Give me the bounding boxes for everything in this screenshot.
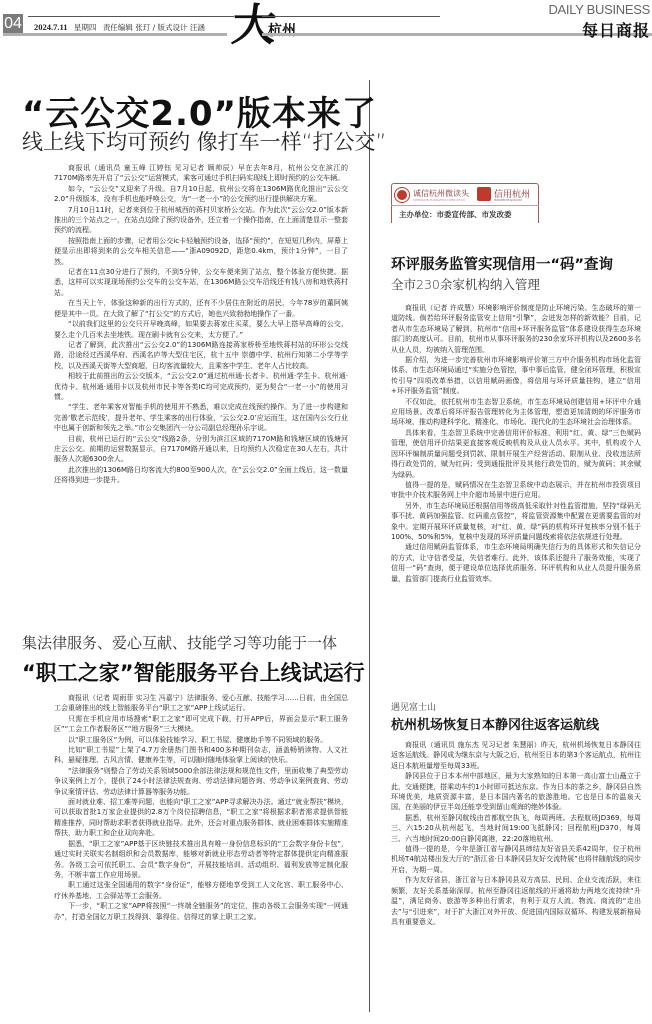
paragraph: 据悉，“职工之家”APP基于区块链技术推出具有唯一身份信息标识的“工会数字身份卡… — [54, 839, 348, 881]
paragraph: 在当天上午，体验这种新的出行方式的，还有不少居住在附近的居民，今年78岁的董阿姨… — [54, 298, 348, 319]
paragraph: 通过信用赋码监管体系，市生态环境局明确失信行为的具体形式和失信记分的方式，让守信… — [391, 542, 641, 584]
paragraph: 职工通过这张全国通用的数字“身份证”，能够方便地享受到工人文化宫、职工服务中心、… — [54, 880, 348, 901]
paragraph: 下一步，“职工之家”APP将按照“一终端全链服务”的定位，推动各级工会服务实现“… — [54, 901, 348, 922]
paragraph: 以“职工服务区”为例，可以体验技能学习、职工书屋、健康助手等不同领域的服务。 — [54, 735, 348, 745]
paragraph: 商报讯（记者 许成慧）环境影响评价制度是防止环境污染、生态破坏的第一道防线。倘若… — [391, 303, 641, 355]
paragraph: 具体来看，生态智卫系统中完善信用评价标准，利用“红、黄、绿”三色赋码管理，使信用… — [391, 428, 641, 480]
headline: 杭州机场恢复日本静冈往返客运航线 — [391, 714, 599, 733]
paragraph: 据介绍，为进一步完善杭州市环境影响评价第三方中介服务机构市场化监管体系，市生态环… — [391, 355, 641, 397]
paragraph: 记者了解到，此次推出“云公交2.0”的1306M路连接蒋家桥桥至地铁蒋村站的环形… — [54, 340, 348, 371]
paragraph: 按照指南上面的步骤，记者用公交ic卡轻触预约设备，选择“预约”，在短短几秒内，屏… — [54, 236, 348, 267]
masthead-rule-left — [28, 16, 234, 17]
kicker: 遇见富士山 — [391, 700, 436, 713]
paragraph: 不仅如此，依托杭州市生态智卫系统，市生态环境局创建信用+环评中介通应用场景。改革… — [391, 397, 641, 428]
sponsor-sub-2: HZCREDIT.GOV.CN — [494, 198, 522, 202]
issue-info: 2024.7.11 星期四 责任编辑 张玎 / 版式设计 汪涵 — [34, 22, 205, 33]
xinyong-logo-icon — [477, 187, 491, 201]
paragraph: 商报讯（通讯员 童玉峰 江婷钰 见习记者 顾帅辰）早在去年8月，杭州公交在滨江的… — [54, 163, 348, 184]
paragraph: 记者在11点30分进行了预约，不到5分钟，公交车便来到了站点，整个体验方便快捷。… — [54, 267, 348, 298]
paragraph: 此次推出的1306M路日均客流大约800至900人次，在“云公交2.0”全面上线… — [54, 465, 348, 486]
kicker: 集法律服务、爱心互献、技能学习等功能于一体 — [22, 632, 337, 653]
paragraph: 目前，杭州已运行的“云公交”线路2条，分别为滨江区域的7170M路和钱塘区域的钱… — [54, 434, 348, 465]
paragraph: 商报讯（通讯员 施东杰 见习记者 朱慧丽）昨天，杭州机场恢复日本静冈往返客运航线… — [391, 740, 641, 771]
subheadline: 全市230余家机构纳入管理 — [391, 275, 540, 293]
section-city: 杭州 — [268, 20, 296, 40]
headline: “职工之家”智能服务平台上线试运行 — [22, 657, 365, 687]
article-body: 商报讯（通讯员 施东杰 见习记者 朱慧丽）昨天，杭州机场恢复日本静冈往返客运航线… — [391, 740, 641, 927]
masthead-rule-right — [262, 16, 440, 17]
brand-chinese: 每日商报 — [582, 18, 650, 41]
page-masthead: 04 2024.7.11 星期四 责任编辑 张玎 / 版式设计 汪涵 大 杭州 … — [0, 0, 652, 52]
page-number: 04 — [3, 14, 23, 34]
paragraph: “学生、老年乘客对智能手机的使用并不熟悉，难以完成在线预约操作。为了进一步构建和… — [54, 402, 348, 433]
paragraph: 面对就业难、招工难等问题，也能向“职工之家”APP寻求解决办法。通过“就业帮扶”… — [54, 797, 348, 839]
paragraph: 静冈县位于日本本州中部地区，最为大家熟知的日本第一高山富士山矗立于此，交通便捷，… — [391, 771, 641, 813]
paragraph: 另外，市生态环境局还根据信用等级高低采取针对性监管措施，坚持“绿码无事不扰、黄码… — [391, 501, 641, 543]
paragraph: 只需在手机应用市场搜索“职工之家”即可完成下载，打开APP后，界面会显示“职工服… — [54, 714, 348, 735]
paragraph: 如今，“云公交”又迎来了升级。自7月10日起，杭州公交将在1306M路优化推出“… — [54, 184, 348, 205]
column-divider — [369, 80, 370, 1012]
article-body: 商报讯（记者 周雨菲 实习生 冯嘉宁）法律服务、爱心互献、技能学习……日前，由全… — [54, 693, 348, 922]
paragraph: 相较于此前推出的云公交版本，“云公交2.0”通过杭州通·长者卡、杭州通·学生卡、… — [54, 371, 348, 402]
article-body: 商报讯（记者 许成慧）环境影响评价制度是防止环境污染、生态破坏的第一道防线。倘若… — [391, 303, 641, 584]
paragraph: 比如“职工书屋”上架了4.7万余册热门图书和400多种期刊杂志，涵盖畅销读物、人… — [54, 745, 348, 766]
paragraph: 据悉，杭州至静冈航线由首都航空执飞，每周两班。去程航班JD369，每周三、六15… — [391, 813, 641, 844]
sponsor-banner: 诚信杭州微读头 CHENGXIN HANGZHOU WEIDUTOU 信用杭州 … — [391, 183, 641, 223]
sponsor-divider — [391, 205, 539, 206]
sponsor-host: 主办单位：市委宣传部、市发改委 — [399, 209, 512, 220]
issue-editors: 责任编辑 张玎 / 版式设计 汪涵 — [103, 23, 205, 32]
paragraph: “法律服务”则整合了劳动关系领域5000余部法律法规和规范性文件，里面收集了典型… — [54, 766, 348, 797]
paragraph: 值得一提的是，赋码情况在生态智卫系统中动态展示，并在杭州市投资项目审批中介技术服… — [391, 480, 641, 501]
article-body: 商报讯（通讯员 童玉峰 江婷钰 见习记者 顾帅辰）早在去年8月，杭州公交在滨江的… — [54, 163, 348, 486]
paragraph: “以前我们这里的公交只开早晚高峰，如果要去蒋家庄买菜，要么大早上搭早高峰的公交，… — [54, 319, 348, 340]
chengxin-logo-icon — [395, 188, 409, 202]
issue-date: 2024.7.11 — [34, 22, 68, 32]
paragraph: 作为友好省县，浙江省与日本静冈县双方高层、民间、企业交流活跃，来往频繁，友好关系… — [391, 875, 641, 927]
subheadline: 线上线下均可预约 像打车一样“打公交” — [22, 126, 386, 156]
paragraph: 7月10日11时，记者来到位于杭州城西的蒋村贝家桥公交站。作为此次“云公交2.0… — [54, 205, 348, 236]
masthead-bar-left — [3, 33, 227, 36]
paragraph: 值得一提的是，今年是浙江省与静冈县缔结友好省县关系42周年，位于杭州机场T4航站… — [391, 844, 641, 875]
sponsor-sub-1: CHENGXIN HANGZHOU WEIDUTOU — [413, 198, 465, 202]
paragraph: 商报讯（记者 周雨菲 实习生 冯嘉宁）法律服务、爱心互献、技能学习……日前，由全… — [54, 693, 348, 714]
brand-english: DAILY BUSINESS — [548, 2, 650, 17]
headline: 环评服务监管实现信用一“码”查询 — [391, 253, 613, 274]
issue-weekday: 星期四 — [74, 23, 97, 32]
